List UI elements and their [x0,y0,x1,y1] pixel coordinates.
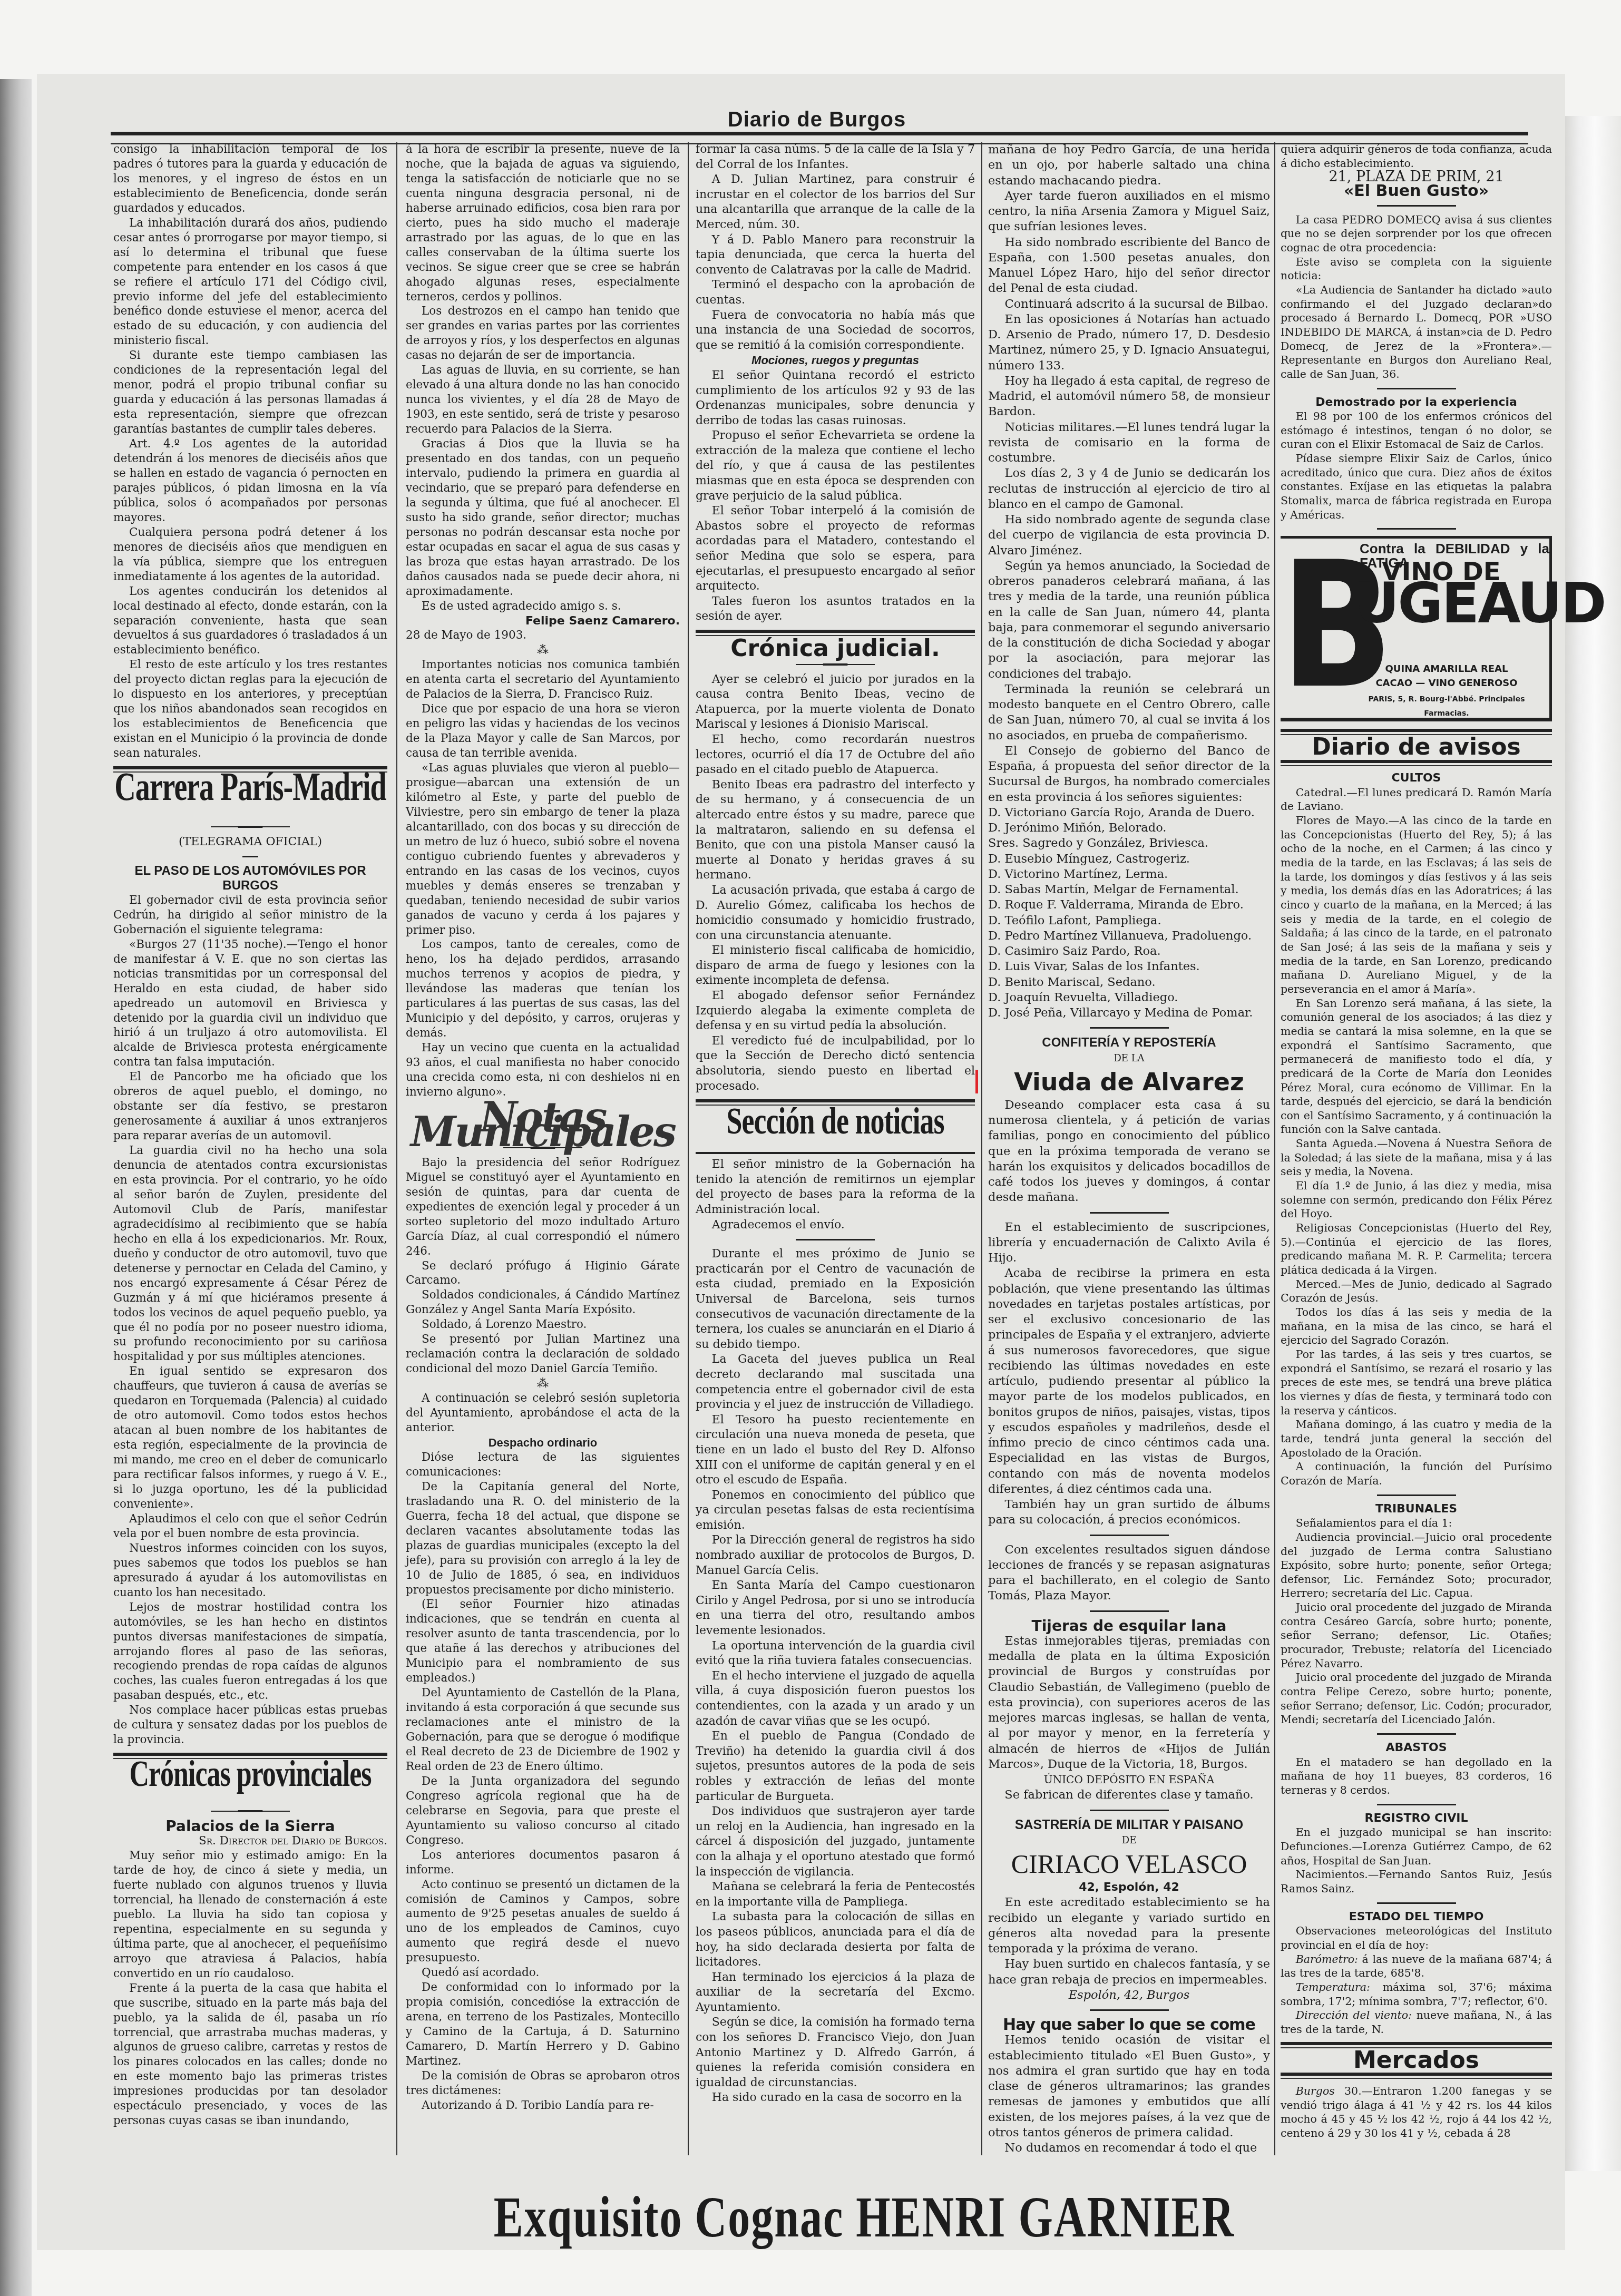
paragraph: Si durante este tiempo cambiasen las con… [113,348,387,437]
paragraph: En el pueblo de Pangua (Condado de Trevi… [696,1729,975,1804]
paragraph: El señor Tobar interpeló á la comisión d… [696,504,975,594]
paragraph: Los destrozos en el campo han tenido que… [406,304,680,363]
paragraph: Deseando complacer esta casa á su numero… [988,1098,1270,1206]
paragraph: Ha sido curado en la casa de socorro en … [696,2090,975,2106]
bottom-advertisement-henri-garnier: Exquisito Cognac HENRI GARNIER [337,2184,1391,2251]
paragraph: La subasta para la colocación de sillas … [696,1910,975,1970]
paragraph: Mañana se celebrará la feria de Pentecos… [696,1880,975,1910]
paragraph: La inhabilitación durará dos años, pudie… [113,216,387,349]
paragraph: El Consejo de gobierno del Banco de Espa… [988,744,1270,805]
paragraph: El señor ministro de la Gobernación ha t… [696,1157,975,1217]
paragraph: En San Lorenzo será mañana, á las siete,… [1281,996,1552,1137]
paragraph: Los agentes conducirán los detenidos al … [113,584,387,658]
dash-divider [242,856,258,857]
column-1: consigo la inhabilitación temporal de lo… [113,142,387,2128]
weather-barometer: Barómetro: á las nueve de la mañana 687'… [1281,1952,1552,1980]
column-rule [688,142,689,2155]
paragraph: Tales fueron los asuntos tratados en la … [696,594,975,624]
paragraph: Quedó así acordado. [406,1966,680,1980]
paragraph: El ministerio fiscal calificaba de homic… [696,943,975,989]
paragraph: En las oposiciones á Notarías han actuad… [988,312,1270,374]
paragraph: Continuará adscrito á la sucursal de Bil… [988,297,1270,312]
ad-bugeaud-name: UGEAUD [1354,597,1605,611]
column-rule [396,142,397,2155]
list-item: D. Roque F. Valderrama, Miranda de Ebro. [988,897,1270,913]
paragraph: En Santa María del Campo cuestionaron Ci… [696,1578,975,1638]
paragraph: En igual sentido se expresaron dos chauf… [113,1364,387,1512]
headline-cronica-judicial: Crónica judicial. [696,641,975,657]
paragraph: La guardia civil no ha hecho una sola de… [113,1144,387,1364]
book-binding [0,79,32,2296]
ad-sastreria-address: 42, Espolón, 42 [988,1880,1270,1895]
paragraph: Nos complace hacer públicas estas prueba… [113,1703,387,1747]
paragraph: Según ya hemos anunciado, la Sociedad de… [988,559,1270,682]
ornament-divider [796,662,875,667]
paragraph: A continuación se celebró sesión supleto… [406,1391,680,1435]
headline-diario-de-avisos: Diario de avisos [1281,740,1552,755]
ad-sastreria-heading: SASTRERÍA DE MILITAR Y PAISANO [988,1818,1270,1833]
ad-el-buen-gusto: «El Buen Gusto» [1281,184,1552,199]
headline-seccion-noticias: Sección de noticias [696,1111,975,1162]
paragraph: Se declaró prófugo á Higinio Gárate Carc… [406,1259,680,1288]
ad-tijeras-heading: Tijeras de esquilar lana [988,1618,1270,1634]
paragraph: Por las tardes, á las seis y tres cuarto… [1281,1347,1552,1418]
label: Dirección del viento: [1296,2009,1412,2021]
paragraph: Santa Agueda.—Novena á Nuestra Señora de… [1281,1137,1552,1179]
subheading-despacho-ordinario: Despacho ordinario [406,1435,680,1450]
paragraph: En este acreditado establecimiento se ha… [988,1895,1270,1957]
paragraph: Y á D. Pablo Manero para reconstruir la … [696,233,975,278]
paragraph: Hoy ha llegado á esta capital, de regres… [988,374,1270,420]
label: Temperatura: [1296,1981,1370,1994]
paragraph: Mañana domingo, á las cuatro y media de … [1281,1418,1552,1460]
paragraph: El resto de este artículo y los tres res… [113,658,387,761]
paragraph: Nacimientos.—Fernando Santos Ruiz, Jesús… [1281,1868,1552,1896]
paragraph: El veredicto fué de inculpabilidad, por … [696,1034,975,1094]
paragraph: Ayer tarde fueron auxiliados en el mismo… [988,189,1270,235]
list-item: D. Eusebio Mínguez, Castrogeriz. [988,852,1270,867]
column-5: quiera adquirir géneros de toda confianz… [1281,142,1552,2141]
red-annotation-mark [975,1070,978,1093]
ad-confiteria-name: Viuda de Alvarez [988,1066,1270,1098]
paragraph: Los días 2, 3 y 4 de Junio se dedicarán … [988,466,1270,512]
paragraph: El 98 por 100 de los enfermos crónicos d… [1281,409,1552,452]
ad-demostrado-heading: Demostrado por la experiencia [1281,396,1552,410]
paragraph: La oportuna intervención de la guardia c… [696,1639,975,1669]
divider [796,1239,875,1240]
label: Burgos [1296,2085,1335,2097]
ad-bugeaud-line3: PARIS, 5, R. Bourg-l'Abbé. Principales F… [1354,692,1539,720]
running-head: Diario de Burgos [105,108,1528,132]
ad-sastreria-de: DE [988,1833,1270,1848]
signature: Felipe Saenz Camarero. [406,614,680,629]
paragraph: El señor Quintana recordó el estricto cu… [696,368,975,428]
paragraph: Agradecemos el envío. [696,1218,975,1233]
paragraph: Es de usted agradecido amigo s. s. [406,599,680,614]
list-item: D. Casimiro Saiz Pardo, Roa. [988,944,1270,959]
list-item: D. Teófilo Lafont, Pampliega. [988,913,1270,929]
paragraph: El día 1.º de Junio, á las diez y media,… [1281,1179,1552,1221]
paragraph: Ponemos en conocimiento del público que … [696,1488,975,1533]
paragraph: Propuso el señor Echevarrieta se ordene … [696,428,975,504]
paragraph: Terminó el despacho con la aprobación de… [696,278,975,308]
paragraph: Pídase siempre Elixir Saiz de Carlos, ún… [1281,452,1552,522]
paragraph: En el juzgado municipal se han inscrito:… [1281,1825,1552,1868]
paragraph: Gracias á Dios que la lluvia se ha prese… [406,437,680,599]
masthead-title: Diario de Burgos [728,108,906,131]
paragraph: Por la Dirección general de registros ha… [696,1533,975,1578]
asterism: ⁂ [406,643,680,658]
subheading-tribunales: TRIBUNALES [1281,1502,1552,1517]
paragraph: En el hecho interviene el juzgado de aqu… [696,1669,975,1729]
divider [1377,1733,1456,1735]
headline-carrera-paris-madrid: Carrera París-Madrid [113,778,387,833]
paragraph: Juicio oral procedente del juzgado de Mi… [1281,1600,1552,1670]
market-report: Burgos 30.—Entraron 1.200 fanegas y se v… [1281,2084,1552,2141]
paragraph: Ha sido nombrado agente de segunda clase… [988,512,1270,559]
ad-confiteria-heading: CONFITERÍA Y REPOSTERÍA [988,1035,1270,1050]
divider [1377,205,1456,207]
ad-confiteria-de-la: DE LA [988,1051,1270,1066]
paragraph: Benito Ibeas era padrastro del interfect… [696,778,975,883]
weather-wind: Dirección del viento: nueve mañana, N., … [1281,2008,1552,2036]
paragraph: De conformidad con lo informado por la p… [406,1980,680,2069]
ad-sastreria-name: CIRIACO VELASCO [988,1848,1270,1880]
paragraph: El gobernador civil de esta provincia se… [113,893,387,937]
subheading-paso-automoviles: EL PASO DE LOS AUTOMÓVILES POR BURGOS [113,864,387,893]
divider [1377,388,1456,389]
paragraph: Han terminado los ejercicios á la plaza … [696,1970,975,2016]
paragraph: Estas inmejorables tijeras, premiadas co… [988,1634,1270,1772]
dateline: 28 de Mayo de 1903. [406,628,680,643]
column-2: á la hora de escribir la presente, nueve… [406,142,680,2113]
paragraph: Juicio oral procedente del juzgado de Mi… [1281,1670,1552,1727]
paragraph: El abogado defensor señor Fernández Izqu… [696,989,975,1034]
section-rule [1281,2073,1552,2079]
paragraph: De la Junta organizadora del segundo Con… [406,1774,680,1848]
paragraph: A D. Julian Martinez, para construir é i… [696,172,975,232]
paragraph: Noticias militares.—El lunes tendrá luga… [988,420,1270,466]
column-4: mañana de hoy Pedro García, de una herid… [988,142,1270,2156]
paragraph: Señalamientos para el día 1: [1281,1516,1552,1530]
paragraph: Todos los días á las seis y media de la … [1281,1305,1552,1347]
paragraph: La Gaceta del jueves publica un Real dec… [696,1352,975,1412]
paragraph: Art. 4.º Los agentes de la autoridad det… [113,437,387,525]
paragraph: Lejos de mostrar hostilidad contra los a… [113,1600,387,1704]
subheading-telegrama: (TELEGRAMA OFICIAL) [113,835,387,849]
headline-hay-que-saber: Hay que saber lo que se come [988,2017,1270,2033]
subheading-abastos: ABASTOS [1281,1741,1552,1755]
next-page-edge [1562,116,1621,2171]
paragraph: quiera adquirir géneros de toda confianz… [1281,142,1552,170]
paragraph: El hecho, como recordarán nuestros lecto… [696,732,975,778]
paragraph: Fuera de convocatoria no había más que u… [696,308,975,354]
salutation: Sr. Director del Diario de Burgos. [113,1834,387,1849]
subheading-cultos: CULTOS [1281,771,1552,786]
divider [1090,1810,1169,1811]
paragraph: Merced.—Mes de Junio, dedicado al Sagrad… [1281,1277,1552,1305]
paragraph: También hay un gran surtido de álbums pa… [988,1497,1270,1528]
paragraph: consigo la inhabilitación temporal de lo… [113,142,387,216]
paragraph: «Las aguas pluviales que vieron al puebl… [406,761,680,937]
paragraph: Del Ayuntamiento de Castellón de la Plan… [406,1686,680,1774]
paragraph: De la Capitanía general del Norte, trasl… [406,1480,680,1598]
headline-cronicas-provinciales: Crónicas provinciales [113,1764,387,1817]
list-item: D. Victoriano García Rojo, Aranda de Due… [988,805,1270,820]
paragraph: En el matadero se han degollado en la ma… [1281,1755,1552,1797]
list-item: D. Pedro Martínez Villanueva, Pradolueng… [988,929,1270,944]
label: Barómetro: [1296,1953,1358,1966]
headline-notas-municipales: Notas Municipales [406,1110,680,1140]
paragraph: La casa PEDRO DOMECQ avisa á sus cliente… [1281,213,1552,255]
section-rule [1281,760,1552,766]
weather-temperature: Temperatura: máxima sol, 37'6; máxima so… [1281,1980,1552,2008]
ad-tijeras-fabrican: Se fabrican de diferentes clase y tamaño… [988,1787,1270,1803]
ad-bugeaud-line1: QUINA AMARILLA REAL [1354,662,1539,677]
divider [1090,1610,1169,1612]
paragraph: Hay un vecino que cuenta en la actualida… [406,1041,680,1100]
paragraph: Flores de Mayo.—A las cinco de la tarde … [1281,814,1552,996]
subheading-estado-tiempo: ESTADO DEL TIEMPO [1281,1910,1552,1924]
paragraph: Ha sido nombrado escribiente del Banco d… [988,235,1270,297]
ad-sastreria-sign: Espolón, 42, Burgos [988,1988,1270,2003]
paragraph: Importantes noticias nos comunica tambié… [406,658,680,702]
column-3: formar la casa núms. 5 de la calle de la… [696,142,975,2106]
divider [1090,1535,1169,1536]
divider [1090,1212,1169,1214]
column-rule [1274,142,1275,2155]
paragraph: Dióse lectura de las siguientes comunica… [406,1450,680,1480]
subheading-palacios-sierra: Palacios de la Sierra [113,1819,387,1834]
paragraph: (El señor Fournier hizo atinadas indicac… [406,1597,680,1686]
paragraph: Religiosas Concepcionistas (Huerto del R… [1281,1221,1552,1277]
paragraph: Frente á la puerta de la casa que habita… [113,1981,387,2129]
paragraph: «La Audiencia de Santander ha dictado »a… [1281,283,1552,382]
paragraph: En el establecimiento de suscripciones, … [988,1220,1270,1266]
list-item: D. José Peña, Villarcayo y Medina de Pom… [988,1005,1270,1021]
paragraph: Catedral.—El lunes predicará D. Ramón Ma… [1281,786,1552,814]
paragraph: Soldados condicionales, á Cándido Martín… [406,1288,680,1317]
paragraph: Audiencia provincial.—Juicio oral proced… [1281,1530,1552,1600]
ad-vino-bugeaud: B Contra la DEBILIDAD y la FATIGA VINO D… [1281,536,1552,721]
paragraph: Cualquiera persona podrá detener á los m… [113,525,387,584]
paragraph: Hemos tenido ocasión de visitar el estab… [988,2033,1270,2141]
list-item: D. Joaquín Revuelta, Villadiego. [988,990,1270,1005]
paragraph: mañana de hoy Pedro García, de una herid… [988,142,1270,189]
list-item: D. Victorino Martínez, Lerma. [988,867,1270,882]
paragraph: Hay buen surtido en chalecos fantasía, y… [988,1957,1270,1988]
paragraph: á la hora de escribir la presente, nueve… [406,142,680,304]
paragraph: De la comisión de Obras se aprobaron otr… [406,2069,680,2098]
paragraph: Ayer se celebró el juicio por jurados en… [696,672,975,732]
paragraph: Acaba de recibirse la primera en esta po… [988,1266,1270,1497]
paragraph: Los campos, tanto de cereales, como de h… [406,937,680,1041]
ad-tijeras-deposito: ÚNICO DEPÓSITO EN ESPAÑA [988,1772,1270,1787]
paragraph: Se presentó por Julian Martinez una recl… [406,1332,680,1376]
list-item: D. Sabas Martín, Melgar de Fernamental. [988,882,1270,897]
headline-mercados: Mercados [1281,2054,1552,2068]
paragraph: Dos individuos que sustrajeron ayer tard… [696,1804,975,1880]
paragraph: A continuación, la función del Purísimo … [1281,1460,1552,1488]
asterism: ⁂ [406,1376,680,1391]
correspondents-list: D. Victoriano García Rojo, Aranda de Due… [988,805,1270,1021]
subheading-mociones: Mociones, ruegos y preguntas [696,353,975,368]
divider [1377,1804,1456,1805]
divider [1377,1494,1456,1496]
list-item: D. Benito Mariscal, Sedano. [988,975,1270,990]
paragraph: Aplaudimos el celo con que el señor Cedr… [113,1512,387,1541]
paragraph: El Tesoro ha puesto recientemente en cir… [696,1413,975,1488]
paragraph: Acto continuo se presentó un dictamen de… [406,1878,680,1966]
paragraph: Soldado, á Lorenzo Maestro. [406,1317,680,1332]
paragraph: Dice que por espacio de una hora se vier… [406,702,680,761]
divider [1090,1027,1169,1029]
paragraph: Autorizando á D. Toribio Landía para re- [406,2098,680,2113]
paragraph: Durante el mes próximo de Junio se pract… [696,1247,975,1352]
paragraph: Terminada la reunión se celebrará un mod… [988,682,1270,744]
list-item: Sres. Sagredo y González, Briviesca. [988,836,1270,851]
paragraph: El de Pancorbo me ha oficiado que los ob… [113,1070,387,1144]
paragraph: Las aguas de lluvia, en su corriente, se… [406,363,680,437]
ad-bugeaud-line2: CACAO — VINO GENEROSO [1354,677,1539,691]
paragraph: formar la casa núms. 5 de la calle de la… [696,142,975,172]
paragraph: Observaciones meteorológicas del Institu… [1281,1924,1552,1952]
paragraph: Con excelentes resultados siguen dándose… [988,1542,1270,1604]
paragraph: Según se dice, la comisión ha formado te… [696,2015,975,2090]
paragraph: Muy señor mio y estimado amigo: En la ta… [113,1849,387,1981]
divider [1090,2009,1169,2011]
subheading-registro-civil: REGISTRO CIVIL [1281,1812,1552,1826]
paragraph: Nuestros informes coinciden con los suyo… [113,1541,387,1600]
paragraph: La acusación privada, que estaba á cargo… [696,883,975,943]
paragraph: No dudamos en recomendar á todo el que [988,2141,1270,2156]
column-rule [981,142,982,2155]
divider [1377,1902,1456,1904]
paragraph: Los anteriores documentos pasaron á info… [406,1848,680,1878]
paragraph: Este aviso se completa con la siguiente … [1281,255,1552,283]
list-item: D. Luis Vivar, Salas de los Infantes. [988,959,1270,974]
paragraph: «Burgos 27 (11'35 noche).—Tengo el honor… [113,937,387,1070]
list-item: D. Jerónimo Miñón, Belorado. [988,820,1270,836]
paragraph: Bajo la presidencia del señor Rodríguez … [406,1156,680,1259]
